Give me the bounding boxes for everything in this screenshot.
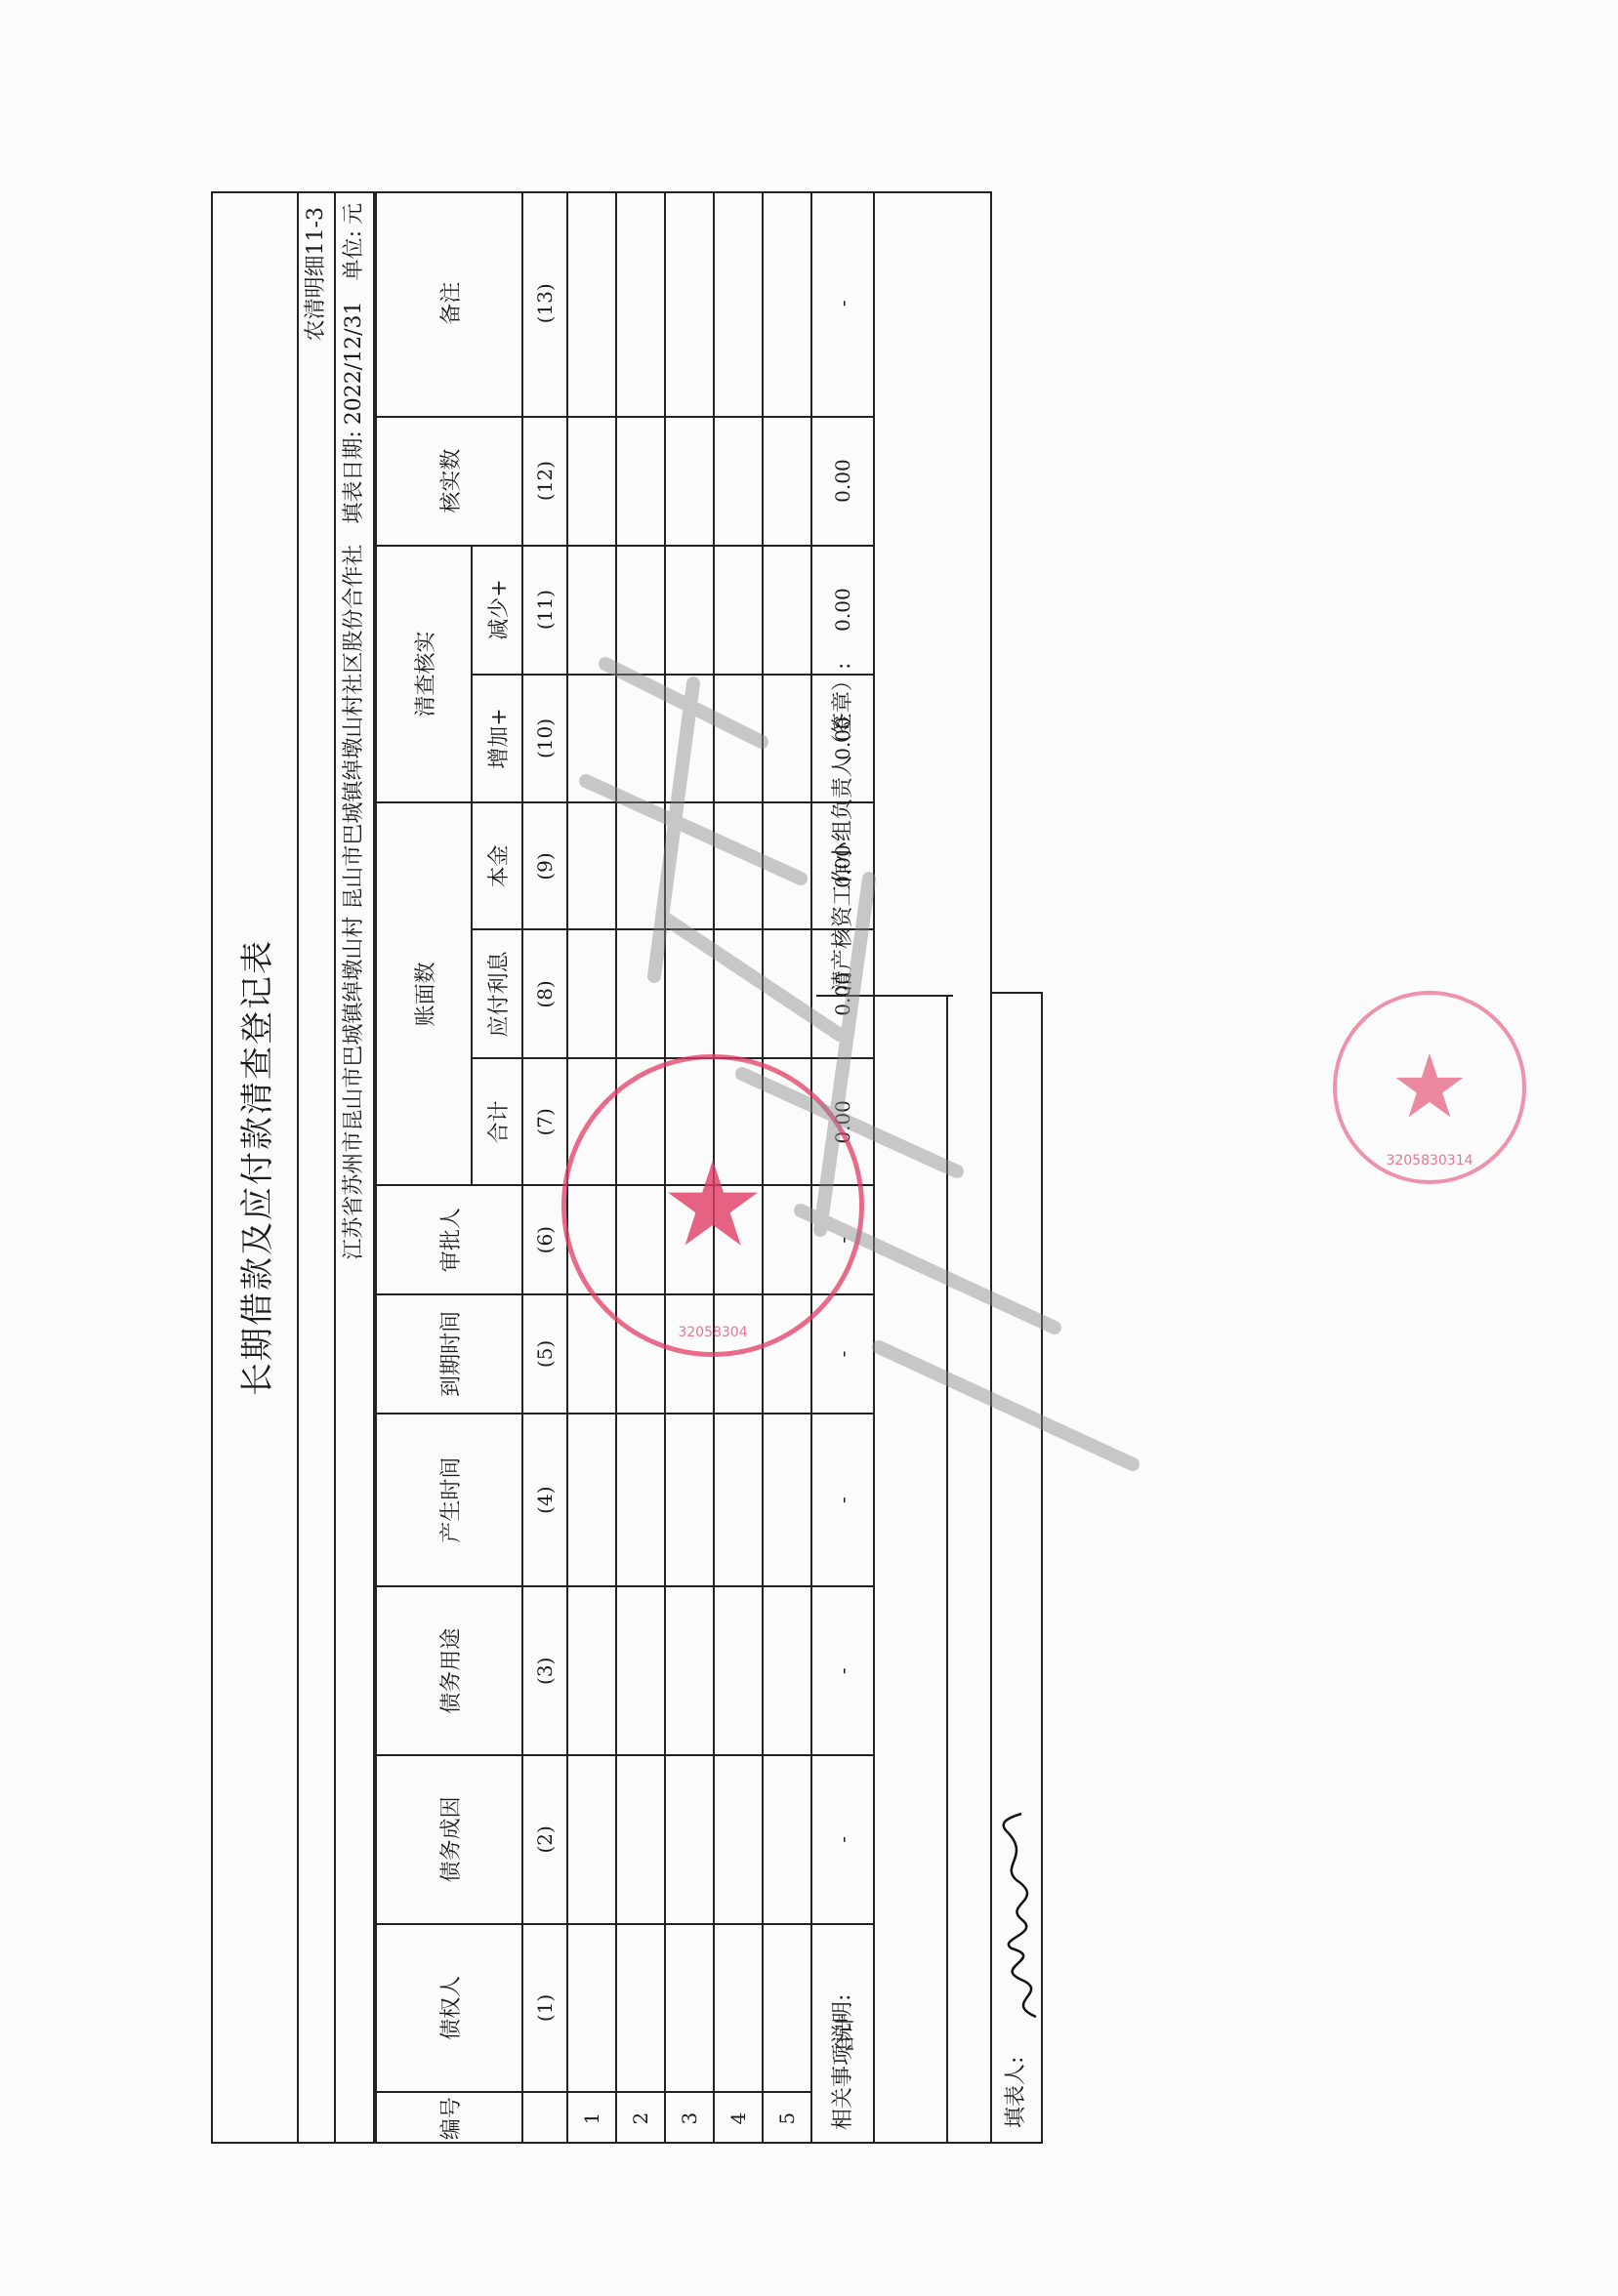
column-number: (8)	[522, 929, 567, 1058]
cell-cause	[714, 1755, 763, 1924]
column-number: (4)	[522, 1414, 567, 1587]
cooperative-seal-code: 3205830314	[1386, 1153, 1473, 1168]
header-check-group: 清查核实	[376, 546, 472, 803]
fill-date: 2022/12/31	[342, 301, 366, 425]
cell-remarks	[616, 191, 665, 417]
star-icon: ★	[1390, 1044, 1470, 1131]
cell-due	[616, 1294, 665, 1414]
cell-book-total	[714, 1058, 763, 1185]
rotated-document-sheet: 长期借款及应付款清查登记表 农清明细11-3 江苏省苏州市昆山市巴城镇绰墩山村 …	[211, 191, 992, 2144]
fill-date-label: 填表日期:	[342, 430, 366, 523]
header-due: 到期时间	[376, 1294, 522, 1414]
header-book-interest: 应付利息	[472, 929, 522, 1058]
handwritten-signature	[992, 1812, 1060, 2027]
cell-due	[567, 1294, 616, 1414]
column-number: (13)	[522, 191, 567, 417]
notes-bottom-rule	[946, 995, 948, 2144]
cell-check-increase	[567, 675, 616, 803]
table-row: 5	[763, 191, 811, 2144]
cell-creditor	[567, 1924, 616, 2093]
notes-section: 相关事项说明: 清产核资工作小组负责人（签章）:	[816, 191, 953, 2144]
cell-book-total	[567, 1058, 616, 1185]
cell-book-interest	[665, 929, 714, 1058]
cell-created	[714, 1414, 763, 1587]
row-index: 2	[616, 2092, 665, 2144]
row-index: 5	[763, 2092, 811, 2144]
table-row: 3	[665, 191, 714, 2144]
debt-register-table: 编号 债权人 债务成因 债务用途 产生时间 到期时间 审批人 账面数 清查核实 …	[375, 191, 875, 2144]
cell-approver	[665, 1185, 714, 1294]
leader-signature-label: 清产核资工作小组负责人（签章）:	[826, 663, 856, 992]
cell-check-increase	[665, 675, 714, 803]
cell-verified	[665, 417, 714, 546]
column-number: (1)	[522, 1924, 567, 2093]
header-creditor: 债权人	[376, 1924, 522, 2093]
unit: 元	[342, 203, 366, 225]
cell-check-decrease	[714, 546, 763, 675]
header-cause: 债务成因	[376, 1755, 522, 1924]
cell-created	[616, 1414, 665, 1587]
cell-check-decrease	[665, 546, 714, 675]
column-number: (5)	[522, 1294, 567, 1414]
cell-check-increase	[714, 675, 763, 803]
cell-verified	[567, 417, 616, 546]
column-number: (2)	[522, 1755, 567, 1924]
cell-created	[567, 1414, 616, 1587]
column-number: (10)	[522, 675, 567, 803]
header-remarks: 备注	[376, 191, 522, 417]
cell-book-total	[763, 1058, 811, 1185]
cell-book-principal	[714, 803, 763, 930]
table-row: 1	[567, 191, 616, 2144]
cell-created	[763, 1414, 811, 1587]
cell-approver	[714, 1185, 763, 1294]
cell-remarks	[665, 191, 714, 417]
cell-purpose	[665, 1586, 714, 1755]
cell-approver	[763, 1185, 811, 1294]
cell-book-interest	[616, 929, 665, 1058]
cell-book-interest	[763, 929, 811, 1058]
cell-check-increase	[616, 675, 665, 803]
header-index: 编号	[376, 2092, 522, 2144]
header-created: 产生时间	[376, 1414, 522, 1587]
info-row: 江苏省苏州市昆山市巴城镇绰墩山村 昆山市巴城镇绰墩山村社区股份合作社 填表日期:…	[334, 191, 375, 2144]
row-index: 4	[714, 2092, 763, 2144]
notes-divider	[816, 995, 953, 997]
cell-book-total	[616, 1058, 665, 1185]
cell-creditor	[763, 1924, 811, 2093]
cell-creditor	[616, 1924, 665, 2093]
column-number: (3)	[522, 1586, 567, 1755]
cell-verified	[763, 417, 811, 546]
cell-purpose	[763, 1586, 811, 1755]
cell-book-principal	[665, 803, 714, 930]
data-rows: 12345	[567, 191, 811, 2144]
cooperative-seal-stamp: ★ 3205830314	[1333, 991, 1526, 1184]
filler-label: 填表人:	[1004, 2057, 1028, 2128]
cell-approver	[567, 1185, 616, 1294]
table-row: 4	[714, 191, 763, 2144]
cell-verified	[714, 417, 763, 546]
cell-cause	[567, 1755, 616, 1924]
column-number: (12)	[522, 417, 567, 546]
cell-purpose	[567, 1586, 616, 1755]
organization: 江苏省苏州市昆山市巴城镇绰墩山村 昆山市巴城镇绰墩山村社区股份合作社	[342, 545, 366, 1260]
header-approver: 审批人	[376, 1185, 522, 1294]
column-number: (7)	[522, 1058, 567, 1185]
cell-check-decrease	[616, 546, 665, 675]
form-code: 农清明细11-3	[301, 207, 332, 341]
cell-book-principal	[763, 803, 811, 930]
notes-label: 相关事项说明:	[826, 1994, 856, 2130]
table-row: 2	[616, 191, 665, 2144]
cell-book-interest	[714, 929, 763, 1058]
column-number-blank	[522, 2092, 567, 2144]
cell-cause	[763, 1755, 811, 1924]
header-purpose: 债务用途	[376, 1586, 522, 1755]
cell-cause	[616, 1755, 665, 1924]
header-verified: 核实数	[376, 417, 522, 546]
cell-created	[665, 1414, 714, 1587]
cell-creditor	[665, 1924, 714, 2093]
cell-book-principal	[616, 803, 665, 930]
cell-cause	[665, 1755, 714, 1924]
cell-remarks	[567, 191, 616, 417]
cell-check-decrease	[567, 546, 616, 675]
cell-due	[763, 1294, 811, 1414]
cell-verified	[616, 417, 665, 546]
cell-remarks	[714, 191, 763, 417]
cell-approver	[616, 1185, 665, 1294]
row-index: 3	[665, 2092, 714, 2144]
cell-remarks	[763, 191, 811, 417]
row-index: 1	[567, 2092, 616, 2144]
header-check-decrease: 减少+	[472, 546, 522, 675]
header-book-total: 合计	[472, 1058, 522, 1185]
cell-creditor	[714, 1924, 763, 2093]
cell-due	[714, 1294, 763, 1414]
header-check-increase: 增加+	[472, 675, 522, 803]
document-title: 长期借款及应付款清查登记表	[211, 191, 299, 2144]
column-number: (6)	[522, 1185, 567, 1294]
cell-due	[665, 1294, 714, 1414]
cell-book-principal	[567, 803, 616, 930]
cell-book-total	[665, 1058, 714, 1185]
column-number: (11)	[522, 546, 567, 675]
cell-purpose	[616, 1586, 665, 1755]
column-number: (9)	[522, 803, 567, 930]
cell-check-decrease	[763, 546, 811, 675]
header-book-principal: 本金	[472, 803, 522, 930]
cell-purpose	[714, 1586, 763, 1755]
cell-book-interest	[567, 929, 616, 1058]
unit-label: 单位:	[342, 230, 366, 280]
cell-check-increase	[763, 675, 811, 803]
header-book-group: 账面数	[376, 803, 472, 1186]
